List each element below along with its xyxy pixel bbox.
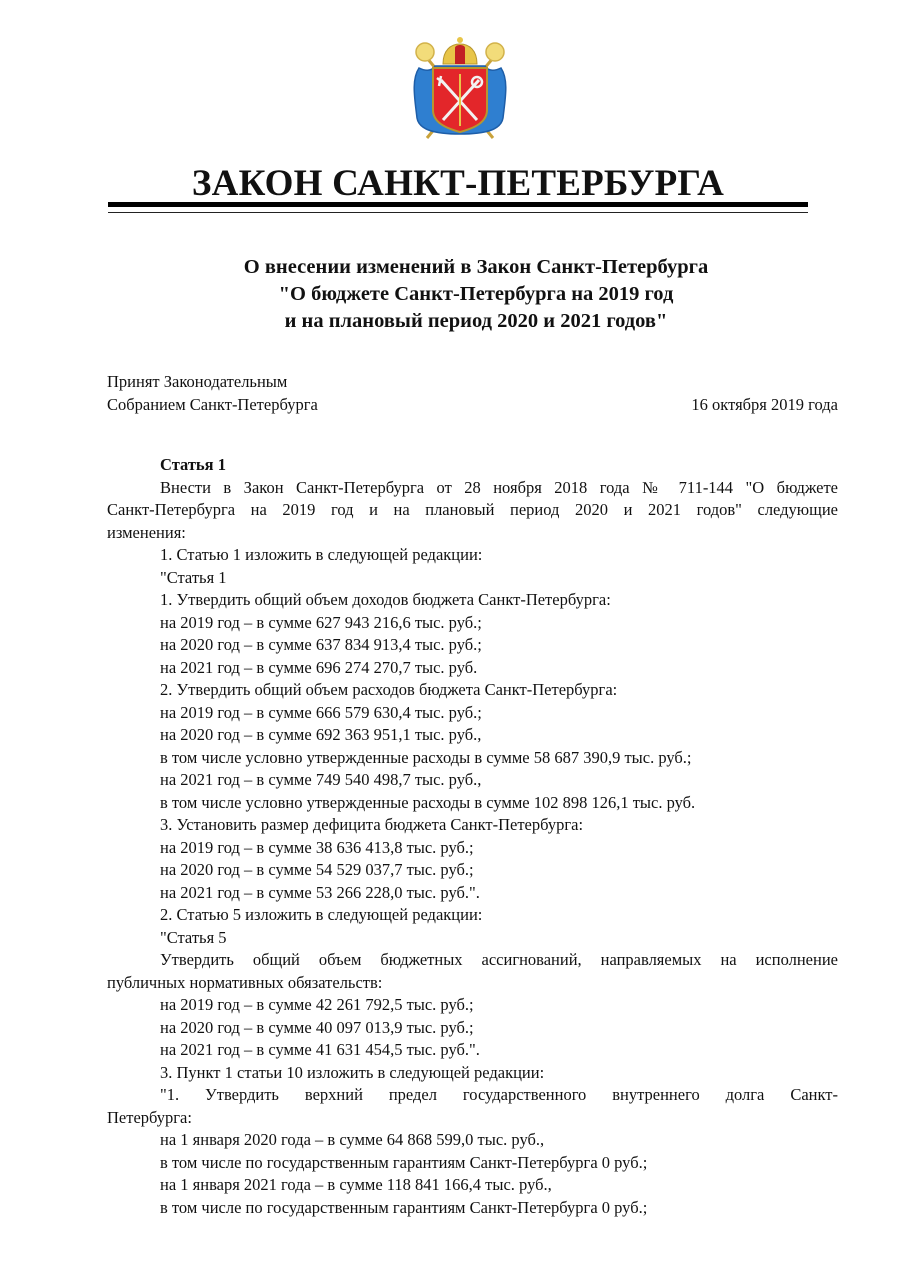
subtitle-line: и на плановый период 2020 и 2021 годов" (108, 308, 844, 335)
document-body: Статья 1 Внести в Закон Санкт-Петербурга… (107, 454, 838, 1219)
deficit-line: на 2019 год – в сумме 38 636 413,8 тыс. … (107, 837, 838, 860)
article-heading: Статья 1 (107, 454, 838, 477)
debt-limit-line: на 1 января 2020 года – в сумме 64 868 5… (107, 1129, 838, 1152)
quoted-article-heading: "Статья 5 (107, 927, 838, 950)
public-obligations-line: на 2020 год – в сумме 40 097 013,9 тыс. … (107, 1017, 838, 1040)
public-obligations-text: публичных нормативных обязательств: (107, 972, 838, 995)
item-lead: 2. Статью 5 изложить в следующей редакци… (107, 904, 838, 927)
expenditures-line: на 2021 год – в сумме 749 540 498,7 тыс.… (107, 769, 838, 792)
article-intro: изменения: (107, 522, 838, 545)
subtitle-line: О внесении изменений в Закон Санкт-Петер… (108, 254, 844, 281)
public-obligations-line: на 2021 год – в сумме 41 631 454,5 тыс. … (107, 1039, 838, 1062)
coat-of-arms-emblem (405, 30, 515, 142)
article-intro: Санкт-Петербурга на 2019 год и на планов… (107, 499, 838, 522)
law-title: ЗАКОН САНКТ-ПЕТЕРБУРГА (108, 162, 808, 206)
revenues-line: на 2021 год – в сумме 696 274 270,7 тыс.… (107, 657, 838, 680)
adoption-date: 16 октября 2019 года (691, 393, 838, 416)
article-intro: Внести в Закон Санкт-Петербурга от 28 но… (107, 477, 838, 500)
deficit-label: 3. Установить размер дефицита бюджета Са… (107, 814, 838, 837)
debt-limit-line: в том числе по государственным гарантиям… (107, 1152, 838, 1175)
adoption-line: Собранием Санкт-Петербурга (107, 393, 318, 416)
expenditures-line: на 2020 год – в сумме 692 363 951,1 тыс.… (107, 724, 838, 747)
quoted-article-heading: "Статья 1 (107, 567, 838, 590)
expenditures-line: в том числе условно утвержденные расходы… (107, 747, 838, 770)
item-lead: 3. Пункт 1 статьи 10 изложить в следующе… (107, 1062, 838, 1085)
debt-limit-line: на 1 января 2021 года – в сумме 118 841 … (107, 1174, 838, 1197)
expenditures-line: на 2019 год – в сумме 666 579 630,4 тыс.… (107, 702, 838, 725)
revenues-label: 1. Утвердить общий объем доходов бюджета… (107, 589, 838, 612)
law-subtitle: О внесении изменений в Закон Санкт-Петер… (108, 254, 844, 335)
public-obligations-text: Утвердить общий объем бюджетных ассигнов… (107, 949, 838, 972)
debt-limit-line: в том числе по государственным гарантиям… (107, 1197, 838, 1220)
adoption-authority: Принят Законодательным Собранием Санкт-П… (107, 370, 318, 416)
item-lead: 1. Статью 1 изложить в следующей редакци… (107, 544, 838, 567)
title-rule-thin (108, 212, 808, 213)
expenditures-label: 2. Утвердить общий объем расходов бюджет… (107, 679, 838, 702)
subtitle-line: "О бюджете Санкт-Петербурга на 2019 год (108, 281, 844, 308)
expenditures-line: в том числе условно утвержденные расходы… (107, 792, 838, 815)
saint-petersburg-coat-of-arms-icon (405, 30, 515, 142)
deficit-line: на 2020 год – в сумме 54 529 037,7 тыс. … (107, 859, 838, 882)
revenues-line: на 2020 год – в сумме 637 834 913,4 тыс.… (107, 634, 838, 657)
revenues-line: на 2019 год – в сумме 627 943 216,6 тыс.… (107, 612, 838, 635)
adoption-line: Принят Законодательным (107, 370, 318, 393)
debt-limit-text: "1. Утвердить верхний предел государстве… (107, 1084, 838, 1107)
debt-limit-text: Петербурга: (107, 1107, 838, 1130)
title-rule-thick (108, 202, 808, 207)
public-obligations-line: на 2019 год – в сумме 42 261 792,5 тыс. … (107, 994, 838, 1017)
deficit-line: на 2021 год – в сумме 53 266 228,0 тыс. … (107, 882, 838, 905)
